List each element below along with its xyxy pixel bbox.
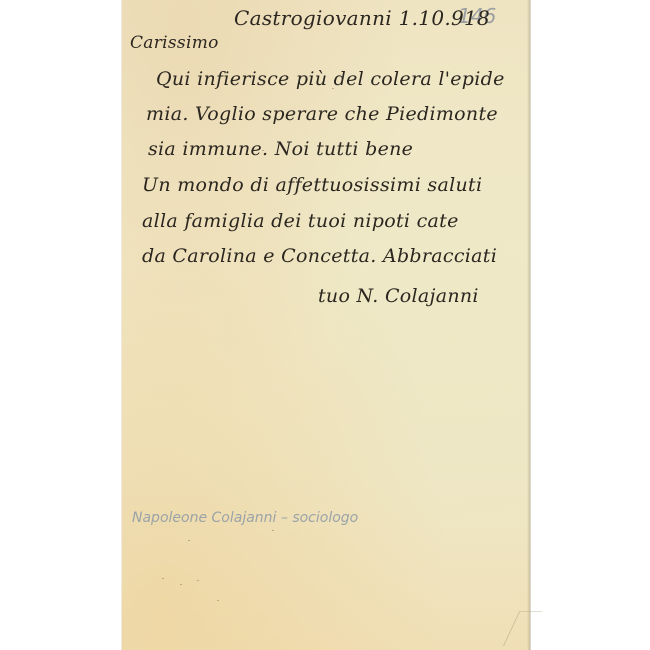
body-line-4: Un mondo di affettuosissimi saluti [142, 174, 482, 196]
body-line-5: alla famiglia dei tuoi nipoti cate [142, 210, 459, 232]
body-line-6: da Carolina e Concetta. Abbracciati [142, 245, 497, 267]
salutation: Carissimo [130, 33, 219, 53]
place-date: Castrogiovanni 1.10.918 [234, 6, 490, 30]
signature: tuo N. Colajanni [318, 285, 479, 307]
letter-paper [122, 0, 530, 650]
body-line-3: sia immune. Noi tutti bene [148, 138, 413, 160]
scan-page: 146 Castrogiovanni 1.10.918 Carissimo Qu… [0, 0, 650, 650]
pencil-annotation: Napoleone Colajanni – sociologo [132, 510, 358, 526]
paper-edge [527, 0, 530, 650]
body-line-2: mia. Voglio sperare che Piedimonte [146, 103, 498, 125]
body-line-1: Qui infierisce più del colera l'epide [156, 68, 505, 90]
corner-fold [503, 611, 542, 646]
